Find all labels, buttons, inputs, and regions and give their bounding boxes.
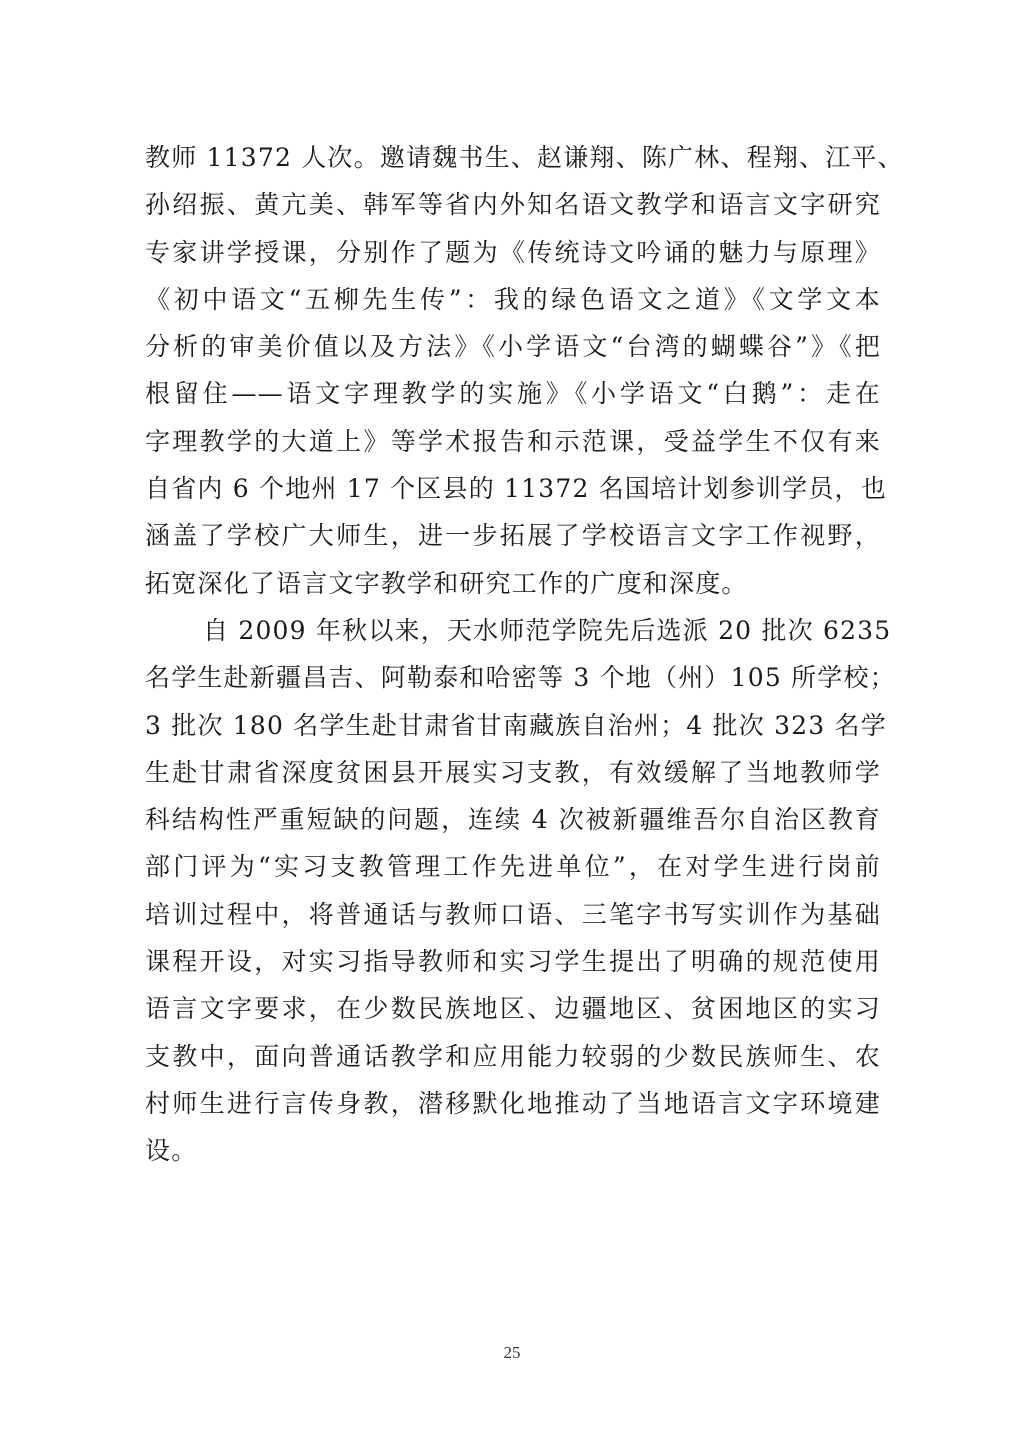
text-line: 设。 [145, 1127, 881, 1174]
text-line: 3 批次 180 名学生赴甘肃省甘南藏族自治州；4 批次 323 名学 [145, 702, 881, 749]
text-line: 名学生赴新疆昌吉、阿勒泰和哈密等 3 个地（州）105 所学校； [145, 654, 881, 701]
text-line: 根留住——语文字理教学的实施》《小学语文“白鹅”：走在 [145, 370, 881, 417]
text-line: 科结构性严重短缺的问题，连续 4 次被新疆维吾尔自治区教育 [145, 796, 881, 843]
body-text: 教师 11372 人次。邀请魏书生、赵谦翔、陈广林、程翔、江平、 孙绍振、黄亢美… [145, 134, 881, 1175]
text-line: 部门评为“实习支教管理工作先进单位”，在对学生进行岗前 [145, 843, 881, 890]
text-line: 分析的审美价值以及方法》《小学语文“台湾的蝴蝶谷”》《把 [145, 323, 881, 370]
text-line: 培训过程中，将普通话与教师口语、三笔字书写实训作为基础 [145, 891, 881, 938]
text-line: 孙绍振、黄亢美、韩军等省内外知名语文教学和语言文字研究 [145, 181, 881, 228]
text-line: 支教中，面向普通话教学和应用能力较弱的少数民族师生、农 [145, 1033, 881, 1080]
text-line: 课程开设，对实习指导教师和实习学生提出了明确的规范使用 [145, 938, 881, 985]
text-line: 涵盖了学校广大师生，进一步拓展了学校语言文字工作视野， [145, 512, 881, 559]
text-line: 《初中语文“五柳先生传”：我的绿色语文之道》《文学文本 [145, 276, 881, 323]
paragraph-2: 自 2009 年秋以来，天水师范学院先后选派 20 批次 6235 名学生赴新疆… [145, 607, 881, 1175]
text-line: 村师生进行言传身教，潜移默化地推动了当地语言文字环境建 [145, 1080, 881, 1127]
document-page: 教师 11372 人次。邀请魏书生、赵谦翔、陈广林、程翔、江平、 孙绍振、黄亢美… [0, 0, 1024, 1448]
text-line: 字理教学的大道上》等学术报告和示范课，受益学生不仅有来 [145, 418, 881, 465]
page-number: 25 [0, 1343, 1024, 1363]
text-line: 语言文字要求，在少数民族地区、边疆地区、贫困地区的实习 [145, 985, 881, 1032]
text-line: 专家讲学授课，分别作了题为《传统诗文吟诵的魅力与原理》 [145, 229, 881, 276]
text-line: 生赴甘肃省深度贫困县开展实习支教，有效缓解了当地教师学 [145, 749, 881, 796]
text-line: 拓宽深化了语言文字教学和研究工作的广度和深度。 [145, 560, 881, 607]
text-line: 教师 11372 人次。邀请魏书生、赵谦翔、陈广林、程翔、江平、 [145, 134, 881, 181]
paragraph-1: 教师 11372 人次。邀请魏书生、赵谦翔、陈广林、程翔、江平、 孙绍振、黄亢美… [145, 134, 881, 607]
text-line: 自 2009 年秋以来，天水师范学院先后选派 20 批次 6235 [145, 607, 881, 654]
text-line: 自省内 6 个地州 17 个区县的 11372 名国培计划参训学员，也 [145, 465, 881, 512]
